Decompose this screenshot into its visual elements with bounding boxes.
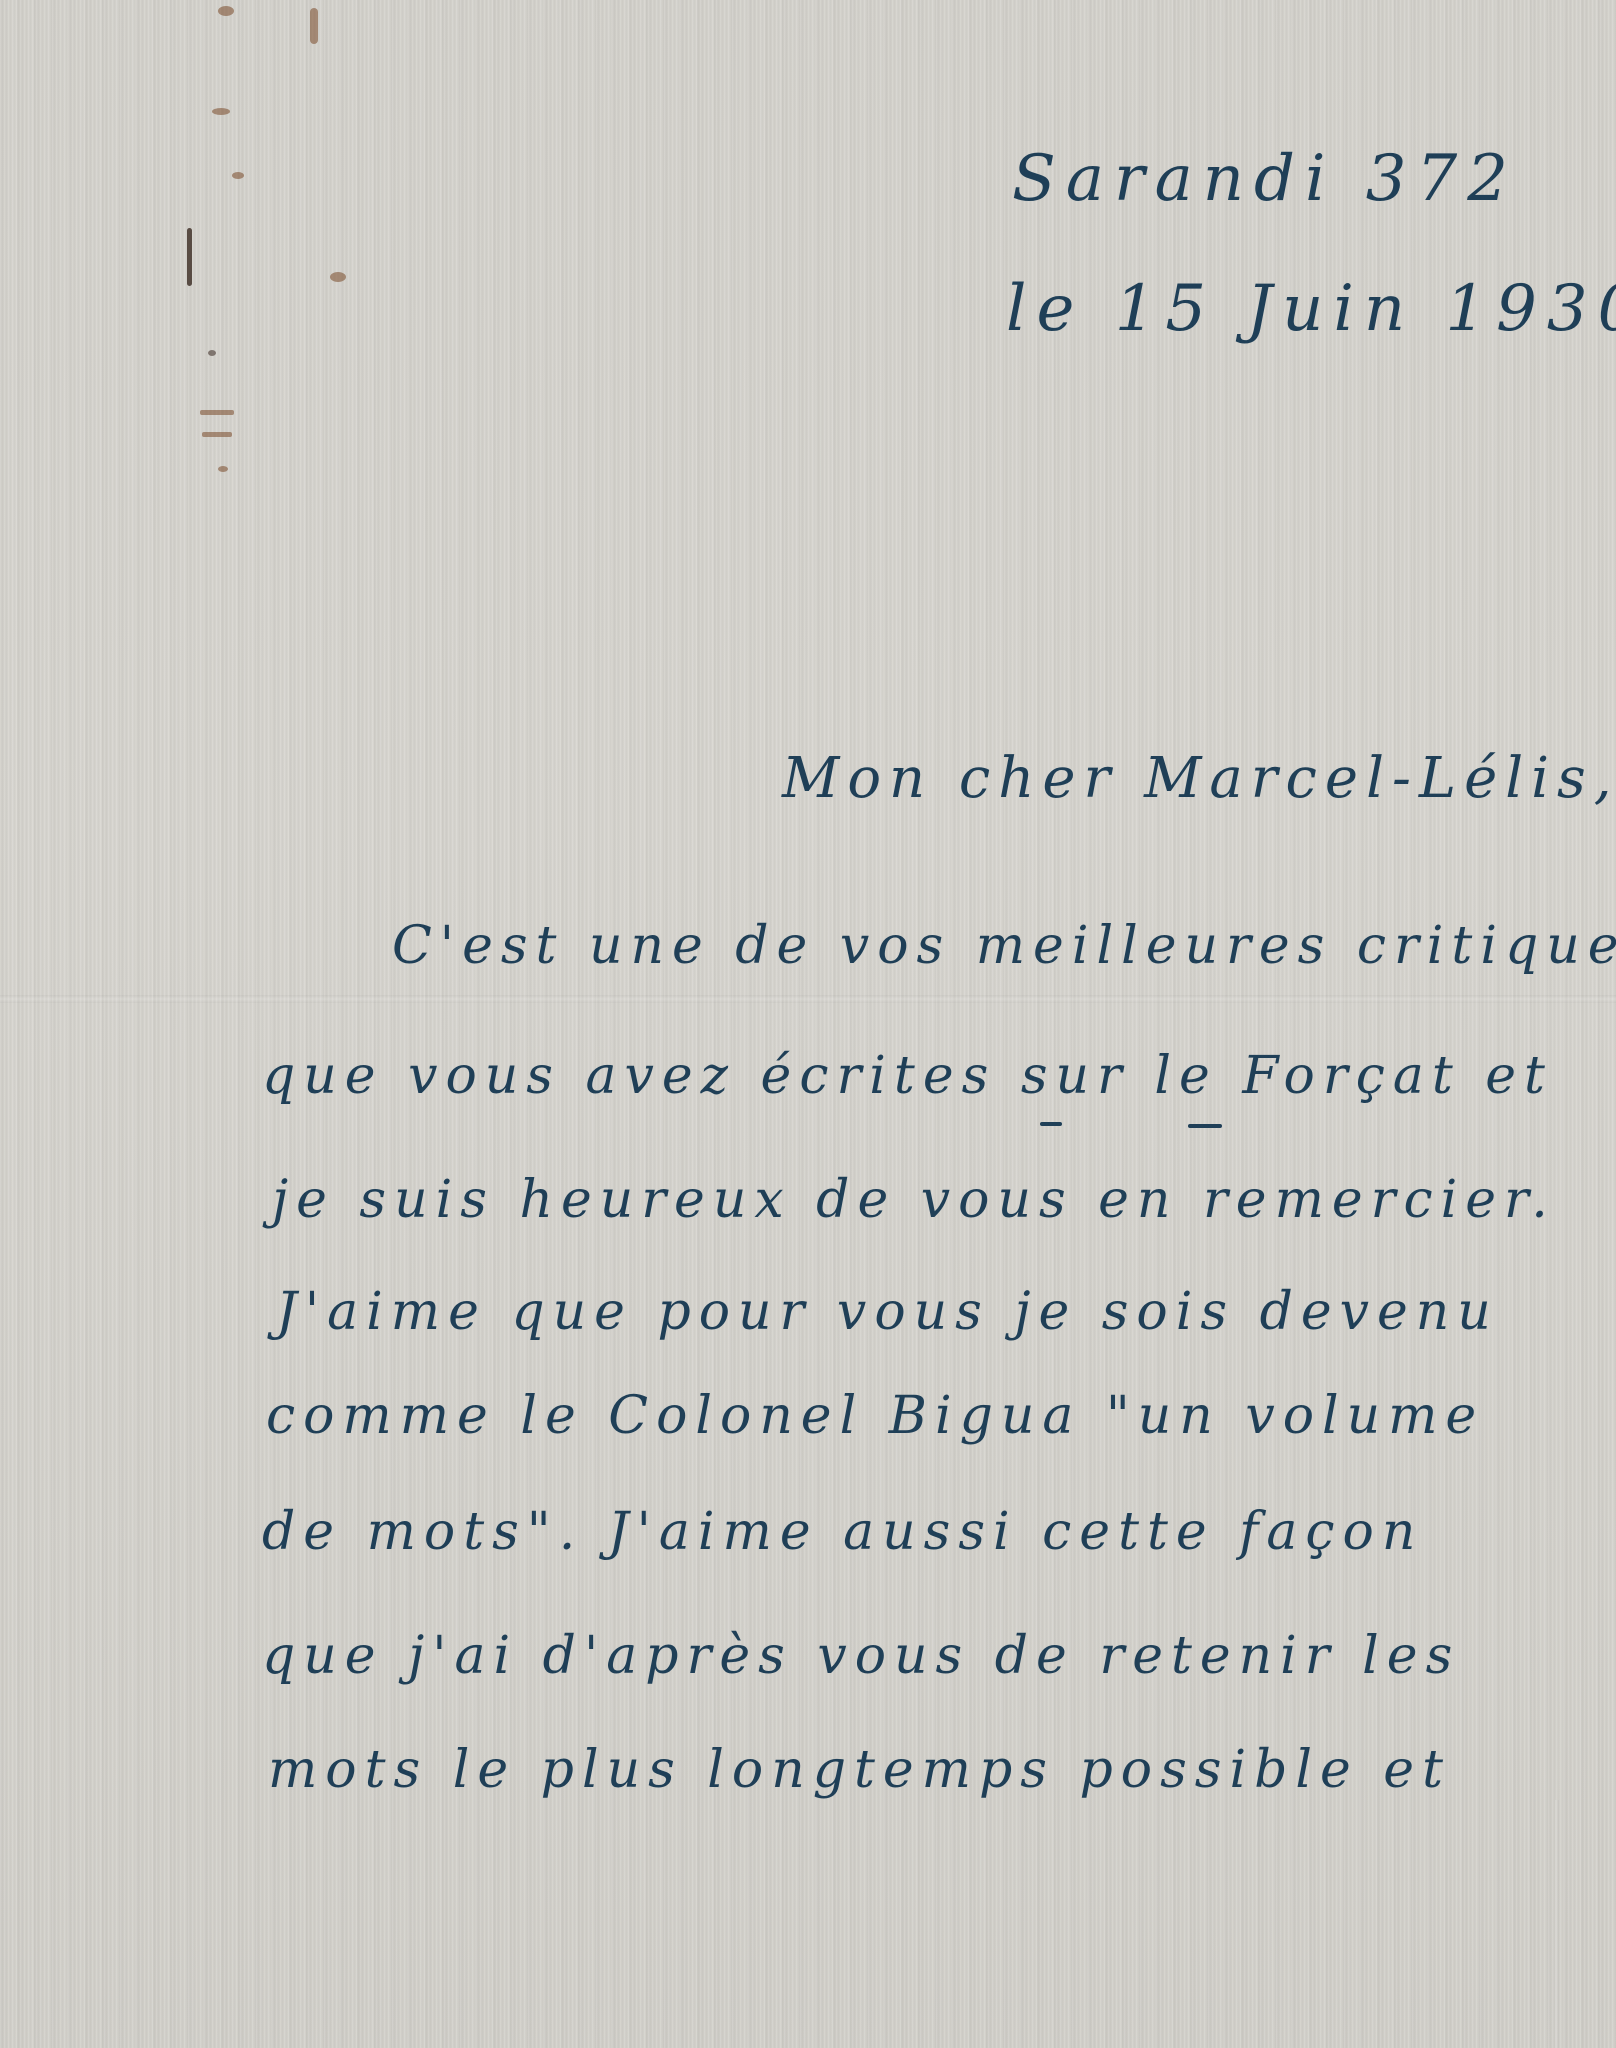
underline-mark	[1040, 1122, 1062, 1126]
letter-page: Sarandi 372 le 15 Juin 1930 Mon cher Mar…	[0, 0, 1616, 2048]
letter-line: je suis heureux de vous en remercier.	[272, 1170, 1556, 1230]
fold-line	[0, 995, 1616, 1003]
foxing-mark	[200, 410, 234, 415]
foxing-mark	[310, 8, 318, 44]
foxing-mark	[218, 466, 228, 472]
foxing-mark	[212, 108, 230, 115]
letter-line: de mots". J'aime aussi cette façon	[262, 1502, 1423, 1562]
foxing-mark	[208, 350, 216, 356]
salutation: Mon cher Marcel-Lélis,	[782, 746, 1616, 811]
letter-line: comme le Colonel Bigua "un volume	[266, 1386, 1484, 1446]
foxing-mark	[202, 432, 232, 437]
underline-mark	[1188, 1124, 1222, 1128]
foxing-mark	[187, 228, 192, 286]
foxing-mark	[232, 172, 244, 179]
letter-line: mots le plus longtemps possible et	[268, 1740, 1451, 1800]
letter-line: que vous avez écrites sur le Forçat et	[262, 1046, 1553, 1106]
address-line: Sarandi 372	[1012, 142, 1518, 216]
foxing-mark	[330, 272, 346, 282]
paper-crease	[1555, 1800, 1559, 2048]
letter-line: J'aime que pour vous je sois devenu	[276, 1282, 1499, 1342]
date-line: le 15 Juin 1930	[1006, 272, 1616, 346]
letter-line: C'est une de vos meilleures critiques	[392, 916, 1616, 976]
letter-line: que j'ai d'après vous de retenir les	[262, 1626, 1460, 1686]
foxing-mark	[218, 6, 234, 16]
letter-line-text: que vous avez écrites sur le Forçat et	[262, 1046, 1553, 1106]
